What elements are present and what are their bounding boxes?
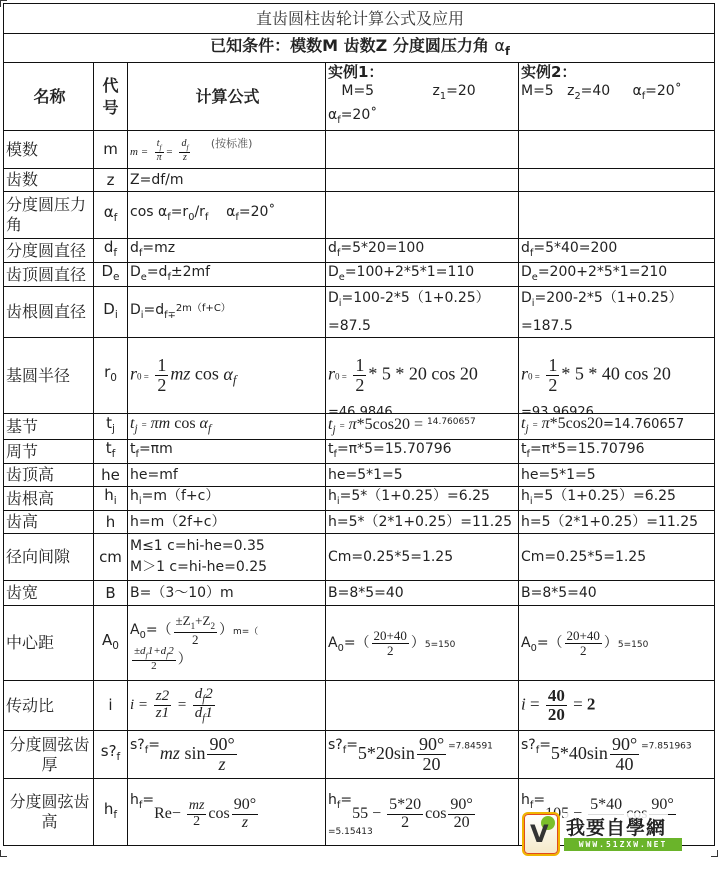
row-example-1 [326, 192, 519, 239]
row-symbol: df [94, 239, 128, 263]
row-symbol: z [94, 169, 128, 192]
row-symbol: Di [94, 287, 128, 338]
table-row: 齿顶高 he he=mf he=5*1=5 he=5*1=5 [4, 464, 715, 487]
alpha-subscript: f [505, 45, 510, 58]
header-formula: 计算公式 [128, 63, 326, 131]
row-formula: Z=df/m [128, 169, 326, 192]
row-example-2: df=5*40=200 [519, 239, 715, 263]
row-example-1: h=5*（2*1+0.25）=11.25 [326, 511, 519, 534]
row-name: 基节 [4, 414, 94, 440]
row-symbol: A0 [94, 606, 128, 681]
row-name: 分度圆弦齿厚 [4, 731, 94, 779]
row-example-2: r0 = 12* 5 * 40 cos 20 =93.96926 [519, 338, 715, 414]
di-result: =187.5 [521, 318, 573, 334]
table-row: 径向间隙 cm M≤1 c=hi-he=0.35M＞1 c=hi-he=0.25… [4, 534, 715, 581]
row-example-1 [326, 169, 519, 192]
s-result: =7.84591 [448, 742, 493, 752]
row-example-1: s?f=5*20sin90°20=7.84591 [326, 731, 519, 779]
s-result: =7.851963 [641, 742, 691, 752]
row-name: 齿高 [4, 511, 94, 534]
row-example-2: De=200+2*5*1=210 [519, 263, 715, 287]
row-example-1 [326, 681, 519, 731]
row-name: 传动比 [4, 681, 94, 731]
a0-result: 5=150 [425, 640, 455, 650]
row-formula: r0 = 12mz cos αf [128, 338, 326, 414]
row-example-1: B=8*5=40 [326, 581, 519, 606]
table-row: 基节 tj tj = πm cos αf tj = π*5cos20 = 14.… [4, 414, 715, 440]
row-name: 周节 [4, 440, 94, 464]
di-calc: =100-2*5（1+0.25） [342, 290, 490, 306]
row-symbol: he [94, 464, 128, 487]
site-watermark-logo: V 我要自學網 WWW.51ZXW.NET [522, 812, 687, 856]
row-formula: Di=df∓2m（f+C） [128, 287, 326, 338]
row-example-1: hf=55 − 5*202cos90°20 =5.15413 [326, 779, 519, 846]
row-name: 基圆半径 [4, 338, 94, 414]
known-conditions: 已知条件：模数M 齿数Z 分度圆压力角 αf [4, 34, 715, 63]
row-symbol: De [94, 263, 128, 287]
example1-alpha: α [328, 107, 337, 123]
row-example-2: hi=5（1+0.25）=6.25 [519, 487, 715, 511]
crop-corner-mark [711, 850, 718, 857]
table-row: 齿根高 hi hi=m（f+c） hi=5*（1+0.25）=6.25 hi=5… [4, 487, 715, 511]
row-symbol: s?f [94, 731, 128, 779]
row-formula: hf=Re− mz2cos90°z [128, 779, 326, 846]
clearance-rule-2: M＞1 c=hi-he=0.25 [130, 559, 267, 575]
row-example-1: De=100+2*5*1=110 [326, 263, 519, 287]
row-example-2: h=5（2*1+0.25）=11.25 [519, 511, 715, 534]
example1-module: M=5 [341, 83, 374, 99]
example1-alpha-value: =20˚ [341, 107, 378, 123]
example2-alpha: α [632, 83, 641, 99]
row-name: 齿数 [4, 169, 94, 192]
row-example-2: Di=200-2*5（1+0.25）=187.5 [519, 287, 715, 338]
table-row: 周节 tf tf=πm tf=π*5=15.70796 tf=π*5=15.70… [4, 440, 715, 464]
row-example-1 [326, 131, 519, 169]
row-formula: hi=m（f+c） [128, 487, 326, 511]
row-name: 分度圆压力角 [4, 192, 94, 239]
table-row: 齿根圆直径 Di Di=df∓2m（f+C） Di=100-2*5（1+0.25… [4, 287, 715, 338]
row-example-1: tj = π*5cos20 = 14.760657 [326, 414, 519, 440]
row-formula: he=mf [128, 464, 326, 487]
formula-part: =20˚ [239, 204, 276, 220]
row-example-2 [519, 169, 715, 192]
row-formula: tj = πm cos αf [128, 414, 326, 440]
alpha-symbol: α [494, 36, 505, 55]
row-formula: B=（3～10）m [128, 581, 326, 606]
example2-module: M=5 [521, 83, 554, 99]
row-example-2: Cm=0.25*5=1.25 [519, 534, 715, 581]
watermark-url: WWW.51ZXW.NET [564, 838, 682, 851]
row-symbol: B [94, 581, 128, 606]
example2-label: 实例2： [521, 63, 576, 81]
example1-z: z [433, 83, 440, 99]
row-symbol: tf [94, 440, 128, 464]
row-symbol: h [94, 511, 128, 534]
clearance-rule-1: M≤1 c=hi-he=0.35 [130, 538, 265, 554]
row-symbol: r0 [94, 338, 128, 414]
table-row: 基圆半径 r0 r0 = 12mz cos αf r0 = 12* 5 * 20… [4, 338, 715, 414]
row-name: 齿根高 [4, 487, 94, 511]
row-formula: s?f=mz sin90°z [128, 731, 326, 779]
conditions-label: 已知条件：模数M 齿数Z 分度圆压力角 [210, 36, 489, 55]
a0-result: 5=150 [618, 640, 648, 650]
row-formula: tf=πm [128, 440, 326, 464]
row-example-1: r0 = 12* 5 * 20 cos 20 =46.9846 [326, 338, 519, 414]
header-symbol: 代号 [94, 63, 128, 131]
row-name: 分度圆直径 [4, 239, 94, 263]
row-name: 径向间隙 [4, 534, 94, 581]
row-formula: m = tfπ= dfz (按标准) [128, 131, 326, 169]
watermark-text: 我要自學網 [564, 813, 668, 840]
row-example-2: i = 4020 = 2 [519, 681, 715, 731]
table-row: 分度圆直径 df df=mz df=5*20=100 df=5*40=200 [4, 239, 715, 263]
header-example-2: 实例2： M=5 z2=40 αf=20˚ [519, 63, 715, 131]
tj-result: 14.760657 [427, 417, 476, 427]
row-symbol: hf [94, 779, 128, 846]
table-row: 齿顶圆直径 De De=df±2mf De=100+2*5*1=110 De=2… [4, 263, 715, 287]
logo-icon: V [522, 812, 560, 856]
example1-label: 实例1： [328, 63, 383, 81]
gear-formula-table: 直齿圆柱齿轮计算公式及应用 已知条件：模数M 齿数Z 分度圆压力角 αf 名称 … [3, 3, 715, 846]
standard-note: (按标准) [211, 137, 253, 150]
example2-alpha-value: =20˚ [645, 83, 682, 99]
crop-corner-mark [0, 850, 7, 857]
row-example-2: he=5*1=5 [519, 464, 715, 487]
table-title: 直齿圆柱齿轮计算公式及应用 [4, 4, 715, 34]
table-row: 分度圆压力角 αf cos αf=r0/rf αf=20˚ [4, 192, 715, 239]
header-example-1: 实例1： M=5 z1=20 αf=20˚ [326, 63, 519, 131]
row-name: 齿顶高 [4, 464, 94, 487]
row-example-2: A0=（20+402）5=150 [519, 606, 715, 681]
row-symbol: cm [94, 534, 128, 581]
row-example-2: tf=π*5=15.70796 [519, 440, 715, 464]
tj-result: =14.760657 [603, 417, 684, 432]
row-example-1: df=5*20=100 [326, 239, 519, 263]
row-formula: h=m（2f+c） [128, 511, 326, 534]
row-example-1: A0=（20+402）5=150 [326, 606, 519, 681]
r0-result: =46.9846 [328, 404, 393, 414]
row-example-1: Di=100-2*5（1+0.25）=87.5 [326, 287, 519, 338]
row-symbol: αf [94, 192, 128, 239]
row-example-1: tf=π*5=15.70796 [326, 440, 519, 464]
table-row: 齿数 z Z=df/m [4, 169, 715, 192]
row-example-1: hi=5*（1+0.25）=6.25 [326, 487, 519, 511]
row-name: 分度圆弦齿高 [4, 779, 94, 846]
table-row: 中心距 A0 A0=（±Z1+Z22）m=（ ±df1+df22） A0=（20… [4, 606, 715, 681]
row-formula: df=mz [128, 239, 326, 263]
di-result: =87.5 [328, 318, 371, 334]
row-formula: i = z2z1 = df2df1 [128, 681, 326, 731]
r0-result: =93.96926 [521, 404, 594, 414]
row-name: 齿根圆直径 [4, 287, 94, 338]
row-name: 齿顶圆直径 [4, 263, 94, 287]
h-result: =5.15413 [328, 824, 373, 841]
row-example-1: he=5*1=5 [326, 464, 519, 487]
example2-z-value: =40 [581, 83, 611, 99]
table-row: 传动比 i i = z2z1 = df2df1 i = 4020 = 2 [4, 681, 715, 731]
row-example-2: tj = π*5cos20=14.760657 [519, 414, 715, 440]
table-row: 模数 m m = tfπ= dfz (按标准) [4, 131, 715, 169]
table-row: 齿高 h h=m（2f+c） h=5*（2*1+0.25）=11.25 h=5（… [4, 511, 715, 534]
row-example-2 [519, 192, 715, 239]
row-example-1: Cm=0.25*5=1.25 [326, 534, 519, 581]
table-row: 分度圆弦齿厚 s?f s?f=mz sin90°z s?f=5*20sin90°… [4, 731, 715, 779]
example1-z-value: =20 [446, 83, 476, 99]
di-calc: =200-2*5（1+0.25） [535, 290, 683, 306]
row-symbol: m [94, 131, 128, 169]
formula-part: cos α [130, 204, 167, 220]
row-formula: M≤1 c=hi-he=0.35M＞1 c=hi-he=0.25 [128, 534, 326, 581]
formula-part: =r [171, 204, 189, 220]
row-name: 中心距 [4, 606, 94, 681]
formula-part: /r [194, 204, 204, 220]
row-name: 齿宽 [4, 581, 94, 606]
row-formula: cos αf=r0/rf αf=20˚ [128, 192, 326, 239]
row-example-2: s?f=5*40sin90°40=7.851963 [519, 731, 715, 779]
row-example-2 [519, 131, 715, 169]
row-name: 模数 [4, 131, 94, 169]
row-symbol: i [94, 681, 128, 731]
row-formula: De=df±2mf [128, 263, 326, 287]
table-row: 齿宽 B B=（3～10）m B=8*5=40 B=8*5=40 [4, 581, 715, 606]
row-symbol: hi [94, 487, 128, 511]
row-example-2: B=8*5=40 [519, 581, 715, 606]
header-name: 名称 [4, 63, 94, 131]
row-symbol: tj [94, 414, 128, 440]
row-formula: A0=（±Z1+Z22）m=（ ±df1+df22） [128, 606, 326, 681]
